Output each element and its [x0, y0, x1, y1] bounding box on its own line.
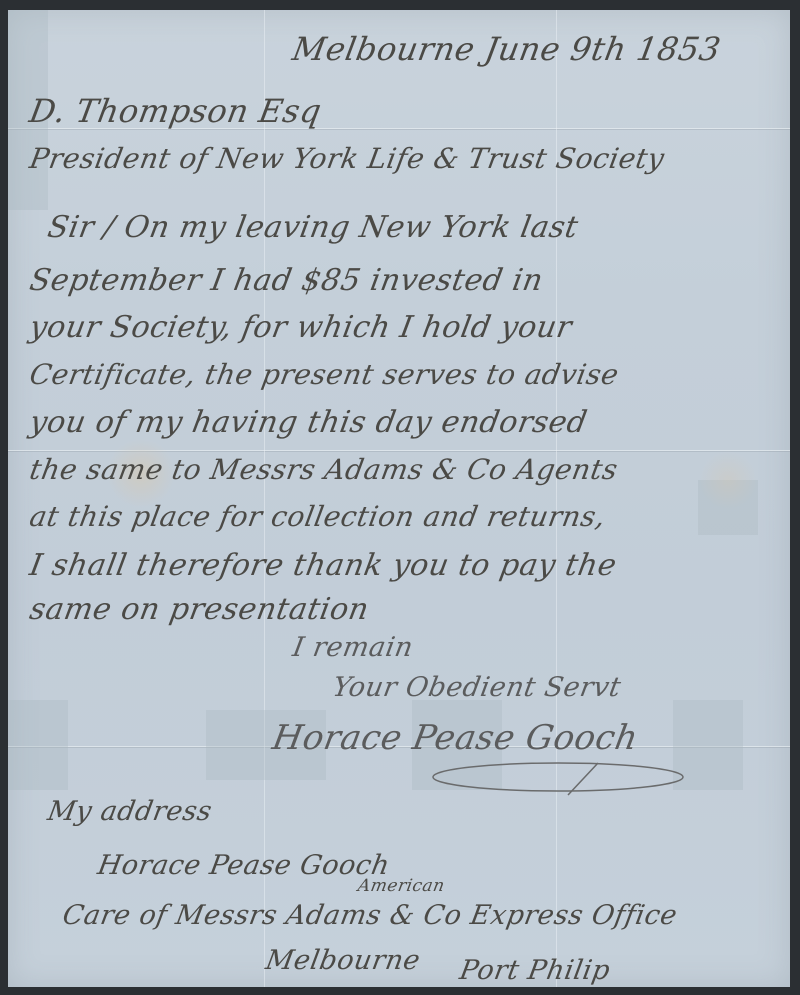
address-insertion: American	[356, 876, 446, 896]
signature: Horace Pease Gooch	[269, 718, 641, 758]
letter-paper: Melbourne June 9th 1853 D. Thompson Esq …	[8, 10, 790, 987]
address-city: Melbourne	[263, 945, 422, 976]
addressee-name: D. Thompson Esq	[27, 92, 325, 130]
address-name: Horace Pease Gooch	[95, 850, 392, 881]
body-line: September I had $85 invested in	[27, 263, 546, 298]
closing-servant: Your Obedient Servt	[330, 672, 623, 703]
address-region: Port Philip	[457, 955, 612, 986]
addressee-title: President of New York Life & Trust Socie…	[27, 142, 667, 175]
dateline: Melbourne June 9th 1853	[290, 30, 724, 68]
paper-stain	[698, 450, 758, 510]
body-line: same on presentation	[27, 592, 372, 627]
address-heading: My address	[45, 796, 214, 827]
body-line: you of my having this day endorsed	[27, 405, 590, 440]
body-line: I shall therefore thank you to pay the	[27, 548, 619, 583]
signature-flourish	[418, 755, 708, 800]
address-care-of: Care of Messrs Adams & Co Express Office	[60, 900, 679, 931]
closing-remain: I remain	[290, 632, 415, 663]
tape-patch	[8, 700, 68, 790]
body-line: at this place for collection and returns…	[27, 500, 608, 533]
body-line: Sir / On my leaving New York last	[45, 210, 581, 245]
body-line: Certificate, the present serves to advis…	[27, 358, 621, 391]
body-line: the same to Messrs Adams & Co Agents	[27, 453, 620, 486]
body-line: your Society, for which I hold your	[27, 310, 575, 345]
